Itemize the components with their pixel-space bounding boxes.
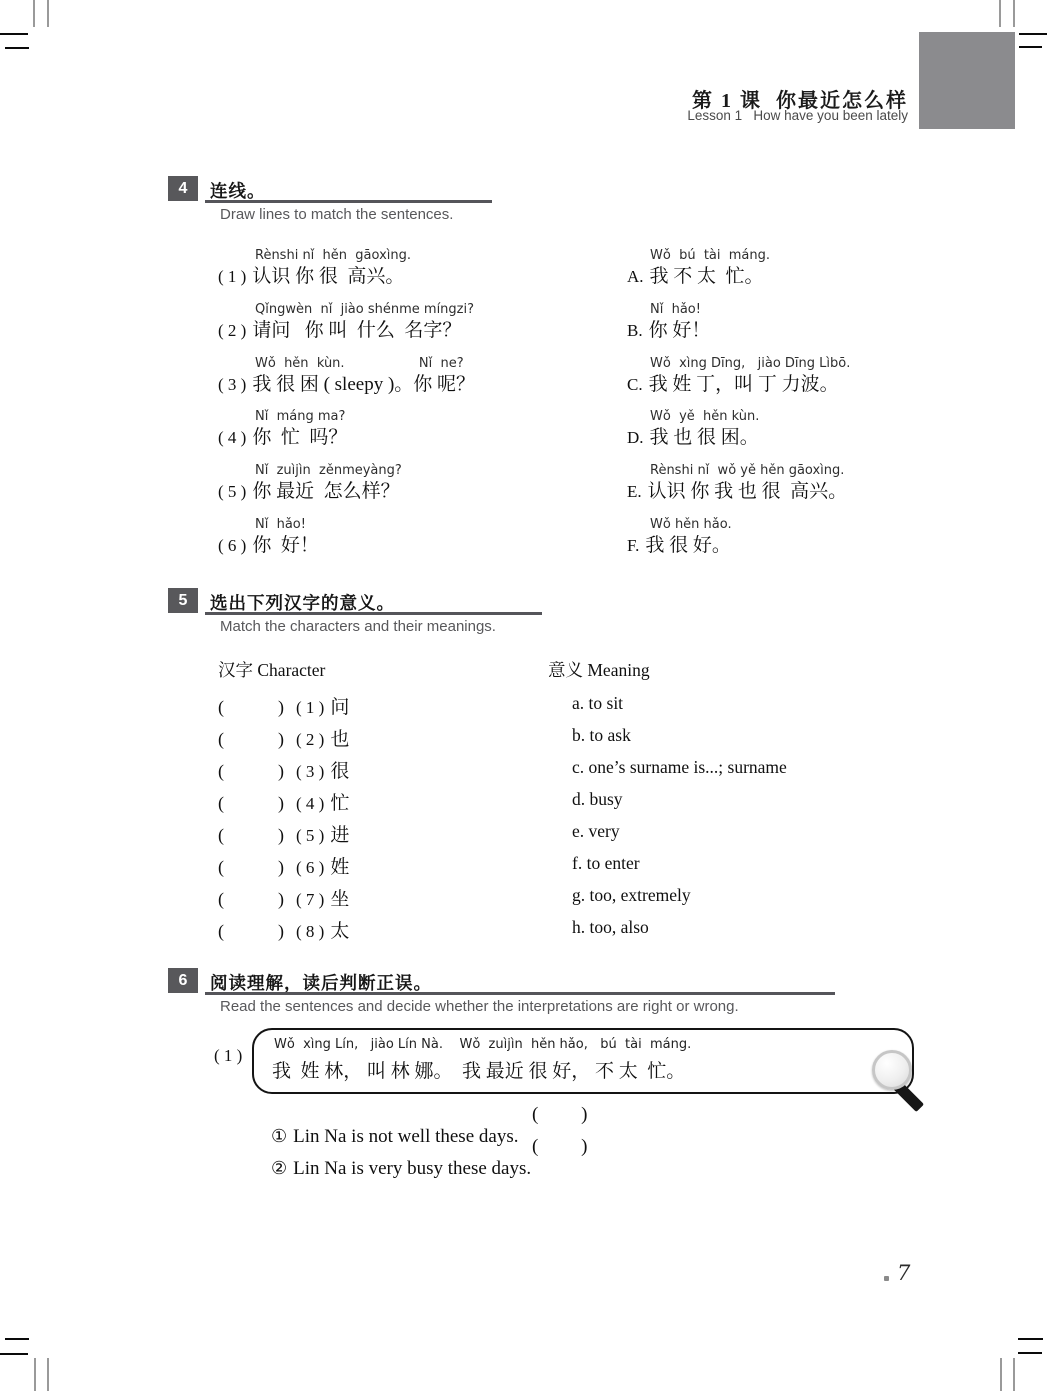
answer-blank: ( ) [218,697,284,717]
section5-rule [205,612,542,615]
item-label: F. [627,536,639,555]
magnifier-icon[interactable] [872,1050,912,1090]
match-left-item-1: Rènshi nǐ hěn gāoxìng. ( 1 )认识 你 很 高兴。 [218,247,411,290]
section4-instruction: Draw lines to match the sentences. [220,206,453,223]
character: 坐 [330,889,349,910]
answer-blank: ( ) [218,729,284,749]
crop-mark [1000,1358,1002,1391]
hanzi-line: A.我 不 太 忙。 [627,264,770,290]
match-right-item-E: Rènshi nǐ wǒ yě hěn gāoxìng. E.认识 你 我 也 … [627,462,847,505]
section5-instruction: Match the characters and their meanings. [220,618,496,635]
circled-number: ② [271,1158,287,1179]
item-number: ( 4 ) [218,428,246,447]
pinyin-line: Nǐ zuìjìn zěnmeyàng? [255,462,402,479]
match-right-item-B: Nǐ hǎo! B.你 好！ [627,301,710,344]
hanzi-text: 认识 你 我 也 很 高兴。 [648,481,848,502]
character-row-3: ( )( 3 )很 [218,756,349,783]
meaning-8: h. too, also [572,917,649,938]
pinyin-line: Nǐ máng ma? [255,408,347,425]
character: 忙 [330,793,349,814]
match-left-item-3: Wǒ hěn kùn. Nǐ ne? ( 3 )我 很 困 ( sleepy )… [218,355,475,398]
crop-mark [47,0,49,27]
match-right-item-C: Wǒ xìng Dīng, jiào Dīng Lìbō. C.我 姓 丁，叫 … [627,355,850,398]
passage-box: Wǒ xìng Lín, jiào Lín Nà. Wǒ zuìjìn hěn … [252,1028,914,1094]
hanzi-text: 你 好！ [252,535,319,556]
meaning-4: d. busy [572,789,623,810]
item-number: ( 5 ) [296,826,324,845]
section6-rule [205,992,835,995]
character: 也 [330,729,349,750]
item-number: ( 2 ) [296,730,324,749]
page-number-bullet [884,1276,889,1281]
crop-mark [33,0,35,27]
section6-number-badge: 6 [168,968,198,993]
hanzi-text: 我 很 好。 [645,535,731,556]
meaning-5: e. very [572,821,620,842]
hanzi-line: C.我 姓 丁，叫 丁 力波。 [627,372,850,398]
lesson-title-english: Lesson 1 How have you been lately [687,108,908,123]
hanzi-text: 你 最近 怎么样？ [252,481,399,502]
character: 问 [330,697,349,718]
pinyin-line: Qǐngwèn nǐ jiào shénme míngzi? [255,301,474,318]
hanzi-text: 我 很 困 ( sleepy )。你 呢？ [252,374,475,395]
character-row-7: ( )( 7 )坐 [218,884,349,911]
section4-number-badge: 4 [168,176,198,201]
item-label: D. [627,428,644,447]
hanzi-line: ( 2 )请问 你 叫 什么 名字？ [218,318,474,344]
item-label: B. [627,321,643,340]
item-number: ( 6 ) [218,536,246,555]
answer-blank: ( ) [218,921,284,941]
worksheet-page: 第 1 课 你最近怎么样 Lesson 1 How have you been … [0,0,1050,1391]
crop-mark [1013,0,1015,27]
crop-mark [34,1358,36,1391]
answer-blank: ( ) [532,1136,587,1158]
character-row-8: ( )( 8 )太 [218,916,349,943]
hanzi-text: 认识 你 很 高兴。 [252,266,404,287]
meaning-column-header: 意义 Meaning [548,657,650,682]
crop-mark [1019,46,1042,48]
crop-mark [1013,1358,1015,1391]
passage-pinyin: Wǒ xìng Lín, jiào Lín Nà. Wǒ zuìjìn hěn … [274,1037,691,1052]
character-column-header: 汉字 Character [218,657,325,682]
hanzi-text: 我 姓 丁，叫 丁 力波。 [649,374,839,395]
answer-blank: ( ) [218,793,284,813]
hanzi-line: ( 5 )你 最近 怎么样？ [218,479,402,505]
hanzi-line: ( 1 )认识 你 很 高兴。 [218,264,411,290]
statement-2: ②Lin Na is very busy these days. ( ) [252,1136,652,1224]
crop-mark [999,0,1001,27]
section4-rule [205,200,492,203]
character-row-1: ( )( 1 )问 [218,692,349,719]
item-number: ( 6 ) [296,858,324,877]
character-row-2: ( )( 2 )也 [218,724,349,751]
pinyin-line: Wǒ hěn kùn. Nǐ ne? [255,355,475,372]
crop-mark [1018,1338,1043,1340]
item-number: ( 4 ) [296,794,324,813]
match-left-item-2: Qǐngwèn nǐ jiào shénme míngzi? ( 2 )请问 你… [218,301,474,344]
section5-number-badge: 5 [168,588,198,613]
pinyin-line: Rènshi nǐ hěn gāoxìng. [255,247,411,264]
match-left-item-6: Nǐ hǎo! ( 6 )你 好！ [218,516,319,559]
item-label: A. [627,267,644,286]
crop-mark [5,47,29,49]
pinyin-line: Wǒ bú tài máng. [650,247,770,264]
answer-blank: ( ) [218,889,284,909]
item-number: ( 8 ) [296,922,324,941]
item-number: ( 1 ) [218,267,246,286]
match-right-item-D: Wǒ yě hěn kùn. D.我 也 很 困。 [627,408,759,451]
hanzi-text: 请问 你 叫 什么 名字？ [252,320,461,341]
crop-mark [1019,33,1047,35]
pinyin-line: Rènshi nǐ wǒ yě hěn gāoxìng. [650,462,847,479]
crop-mark [5,1338,29,1340]
hanzi-text: 我 不 太 忙。 [650,266,764,287]
item-number: ( 5 ) [218,482,246,501]
answer-blank: ( ) [218,857,284,877]
item-number: ( 3 ) [218,375,246,394]
pinyin-line: Nǐ hǎo! [255,516,319,533]
meaning-6: f. to enter [572,853,640,874]
item-label: E. [627,482,642,501]
page-number: 7 [897,1261,910,1285]
answer-blank: ( ) [218,825,284,845]
match-right-item-A: Wǒ bú tài máng. A.我 不 太 忙。 [627,247,770,290]
crop-mark [47,1358,49,1391]
character: 进 [330,825,349,846]
meaning-2: b. to ask [572,725,631,746]
passage-item-number: ( 1 ) [214,1046,242,1066]
item-label: C. [627,375,643,394]
character: 很 [330,761,349,782]
item-number: ( 2 ) [218,321,246,340]
item-number: ( 1 ) [296,698,324,717]
header-tab-block [919,32,1015,129]
answer-blank: ( ) [218,761,284,781]
character-row-6: ( )( 6 )姓 [218,852,349,879]
meaning-3: c. one’s surname is...; surname [572,757,787,778]
statement-text: Lin Na is very busy these days. [293,1158,531,1179]
hanzi-line: ( 3 )我 很 困 ( sleepy )。你 呢？ [218,372,475,398]
crop-mark [0,1353,28,1355]
character-row-5: ( )( 5 )进 [218,820,349,847]
item-number: ( 7 ) [296,890,324,909]
hanzi-line: F.我 很 好。 [627,533,732,559]
match-left-item-4: Nǐ máng ma? ( 4 )你 忙 吗？ [218,408,347,451]
section6-instruction: Read the sentences and decide whether th… [220,998,739,1015]
pinyin-line: Wǒ hěn hǎo. [650,516,732,533]
hanzi-line: E.认识 你 我 也 很 高兴。 [627,479,847,505]
crop-mark [1018,1352,1042,1354]
passage-hanzi: 我 姓 林， 叫 林 娜。 我 最近 很 好， 不 太 忙。 [272,1056,685,1083]
match-left-item-5: Nǐ zuìjìn zěnmeyàng? ( 5 )你 最近 怎么样？ [218,462,402,505]
character-row-4: ( )( 4 )忙 [218,788,349,815]
character: 太 [330,921,349,942]
pinyin-line: Wǒ xìng Dīng, jiào Dīng Lìbō. [650,355,850,372]
hanzi-line: D.我 也 很 困。 [627,425,759,451]
hanzi-text: 你 忙 吗？ [252,427,347,448]
pinyin-line: Wǒ yě hěn kùn. [650,408,759,425]
pinyin-line: Nǐ hǎo! [650,301,710,318]
match-right-item-F: Wǒ hěn hǎo. F.我 很 好。 [627,516,732,559]
hanzi-text: 你 好！ [649,320,711,341]
hanzi-line: ( 4 )你 忙 吗？ [218,425,347,451]
hanzi-line: B.你 好！ [627,318,710,344]
character: 姓 [330,857,349,878]
hanzi-line: ( 6 )你 好！ [218,533,319,559]
meaning-7: g. too, extremely [572,885,691,906]
item-number: ( 3 ) [296,762,324,781]
meaning-1: a. to sit [572,693,623,714]
answer-blank: ( ) [532,1104,587,1126]
crop-mark [0,33,28,35]
hanzi-text: 我 也 很 困。 [650,427,759,448]
